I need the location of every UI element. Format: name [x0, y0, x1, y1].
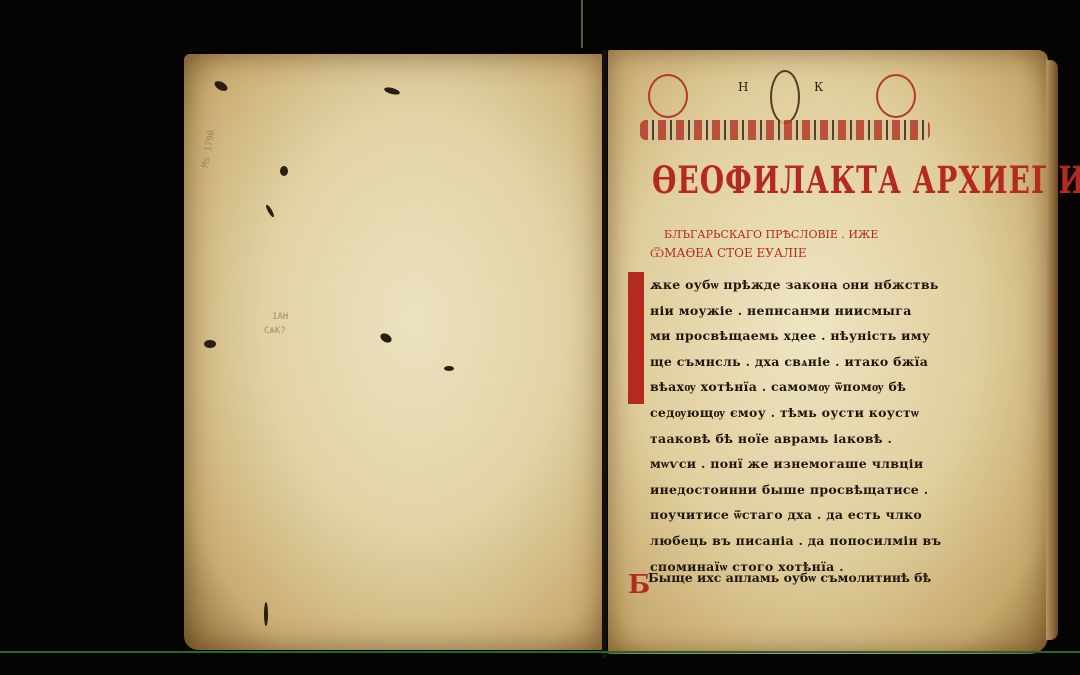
hole-stain — [213, 79, 229, 93]
folio-letter-left: Н — [738, 80, 748, 94]
headpiece-ornament — [876, 74, 916, 118]
text-line: вѣахѹ хотѣнїа . самомѹ ѿпомѹ бѣ — [650, 374, 960, 400]
text-line: ніи моужіе . непнсанми ниисмыга — [650, 298, 960, 324]
left-leaf: Ms 1790 1АН СѦК? — [184, 54, 604, 650]
scanner-green-line — [0, 651, 1080, 653]
scanner-hairline — [581, 0, 583, 48]
red-initial-b: Б — [628, 570, 650, 600]
text-line: ще съмнсль . дха свѧніе . итако бжїа — [650, 349, 960, 375]
interlace-band — [640, 120, 930, 140]
hole-stain — [379, 332, 393, 345]
text-line: ѫке оубѡ прѣжде закона ѻни нбжствь — [650, 272, 960, 298]
title-rubric: ӨЕОФИЛАКТА АРХИЕПИСКПА — [652, 158, 1080, 203]
folio-letter-right: К — [814, 80, 823, 94]
text-line: инедостоинни быше просвѣщатисе . — [650, 477, 960, 503]
right-leaf: Н К ӨЕОФИЛАКТА АРХИЕПИСКПА БЛЪГАРЬСКАГО … — [608, 50, 1048, 654]
text-line: мѡѵси . понї же изнемогаше члвціи — [650, 451, 960, 477]
subtitle-rubric: БЛЪГАРЬСКАГО ПРѢСЛОВІЕ . ИЖЕ — [664, 228, 878, 241]
text-block: ѫке оубѡ прѣжде закона ѻни нбжствь ніи м… — [650, 272, 960, 579]
text-line: тааковѣ бѣ ноїе аврамь іаковѣ . — [650, 426, 960, 452]
hole-stain — [280, 166, 288, 176]
hole-stain — [204, 340, 216, 348]
text-line: поучитисе ѿстаго дха . да есть члко — [650, 502, 960, 528]
headpiece-ornament — [648, 74, 688, 118]
page-edges — [1046, 60, 1058, 640]
open-manuscript: Ms 1790 1АН СѦК? Н К ӨЕОФИЛАКТА АРХИЕПИС… — [184, 50, 1058, 658]
headpiece-ornament — [770, 70, 800, 124]
text-line: седѹющѹ ємоу . тѣмь оусти коустѡ — [650, 400, 960, 426]
text-line: любець въ писаніа . да попосилмін въ — [650, 528, 960, 554]
margin-red-note: ·:· — [958, 168, 968, 179]
text-line-last: Быще ихс апламь оубѡ съмолитинѣ бѣ — [648, 570, 931, 586]
margin-note: Ms 1790 — [201, 129, 217, 168]
margin-note: 1АН — [272, 312, 288, 322]
hole-stain — [383, 86, 400, 96]
text-line: ми просвѣщаемь хдее . нѣуність иму — [650, 323, 960, 349]
spine — [602, 50, 607, 658]
red-initial-i — [628, 272, 644, 404]
hole-stain — [444, 366, 454, 371]
margin-note: СѦК? — [264, 326, 286, 336]
hole-stain — [265, 204, 275, 218]
subtitle-rubric-2: ѾМАӨЕА СТОЕ ЕУАЛІЕ — [650, 246, 807, 261]
hole-stain — [264, 602, 268, 626]
